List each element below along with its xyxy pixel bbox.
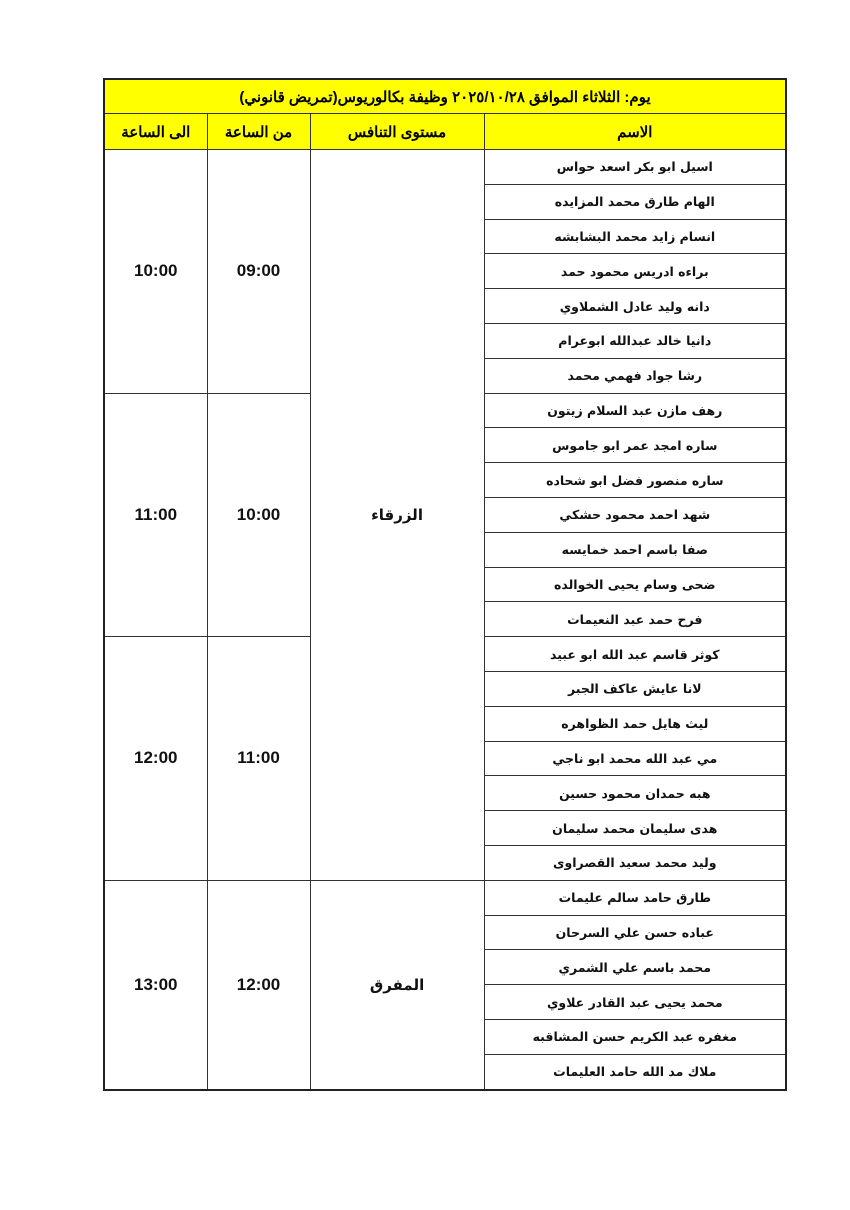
name-cell: محمد يحيى عبد القادر علاوي	[484, 985, 786, 1020]
name-cell: ملاك مد الله حامد العليمات	[484, 1054, 786, 1089]
header-name: الاسم	[484, 114, 786, 150]
name-cell: فرح حمد عبد النعيمات	[484, 602, 786, 637]
to-time-cell: 13:00	[104, 880, 207, 1089]
name-cell: ساره امجد عمر ابو جاموس	[484, 428, 786, 463]
name-cell: ساره منصور فضل ابو شحاده	[484, 463, 786, 498]
to-time-cell: 11:00	[104, 393, 207, 637]
from-time-cell: 11:00	[207, 637, 310, 881]
to-time-cell: 12:00	[104, 637, 207, 881]
level-cell: المفرق	[310, 880, 484, 1089]
name-cell: هبه حمدان محمود حسين	[484, 776, 786, 811]
name-cell: الهام طارق محمد المزايده	[484, 184, 786, 219]
name-cell: براءه ادريس محمود حمد	[484, 254, 786, 289]
level-cell: الزرقاء	[310, 150, 484, 881]
name-cell: انسام زايد محمد البشابشه	[484, 219, 786, 254]
name-cell: دانه وليد عادل الشملاوي	[484, 289, 786, 324]
name-cell: طارق حامد سالم عليمات	[484, 880, 786, 915]
to-time-cell: 10:00	[104, 150, 207, 394]
name-cell: ضحى وسام يحيى الخوالده	[484, 567, 786, 602]
name-cell: ليث هايل حمد الظواهره	[484, 706, 786, 741]
name-cell: كوثر قاسم عبد الله ابو عبيد	[484, 637, 786, 672]
schedule-table: يوم: الثلاثاء الموافق ٢٠٢٥/١٠/٢٨ وظيفة ب…	[103, 78, 787, 1091]
name-cell: اسيل ابو بكر اسعد حواس	[484, 150, 786, 185]
from-time-cell: 12:00	[207, 880, 310, 1089]
table-row: اسيل ابو بكر اسعد حواس الزرقاء 09:00 10:…	[104, 150, 786, 185]
from-time-cell: 10:00	[207, 393, 310, 637]
name-cell: رشا جواد فهمي محمد	[484, 358, 786, 393]
header-row: الاسم مستوى التنافس من الساعة الى الساعة	[104, 114, 786, 150]
header-to: الى الساعة	[104, 114, 207, 150]
schedule-title: يوم: الثلاثاء الموافق ٢٠٢٥/١٠/٢٨ وظيفة ب…	[104, 79, 786, 114]
from-time-cell: 09:00	[207, 150, 310, 394]
table-row: طارق حامد سالم عليمات المفرق 12:00 13:00	[104, 880, 786, 915]
name-cell: وليد محمد سعيد القصراوى	[484, 845, 786, 880]
name-cell: لانا عايش عاكف الجبر	[484, 671, 786, 706]
title-row: يوم: الثلاثاء الموافق ٢٠٢٥/١٠/٢٨ وظيفة ب…	[104, 79, 786, 114]
name-cell: شهد احمد محمود حشكي	[484, 497, 786, 532]
name-cell: محمد باسم علي الشمري	[484, 950, 786, 985]
header-from: من الساعة	[207, 114, 310, 150]
name-cell: دانيا خالد عبدالله ابوعرام	[484, 323, 786, 358]
name-cell: هدى سليمان محمد سليمان	[484, 811, 786, 846]
name-cell: عباده حسن علي السرحان	[484, 915, 786, 950]
name-cell: مي عبد الله محمد ابو ناجي	[484, 741, 786, 776]
header-level: مستوى التنافس	[310, 114, 484, 150]
name-cell: صفا باسم احمد خمايسه	[484, 532, 786, 567]
name-cell: رهف مازن عبد السلام زيتون	[484, 393, 786, 428]
name-cell: مغفره عبد الكريم حسن المشاقبه	[484, 1019, 786, 1054]
